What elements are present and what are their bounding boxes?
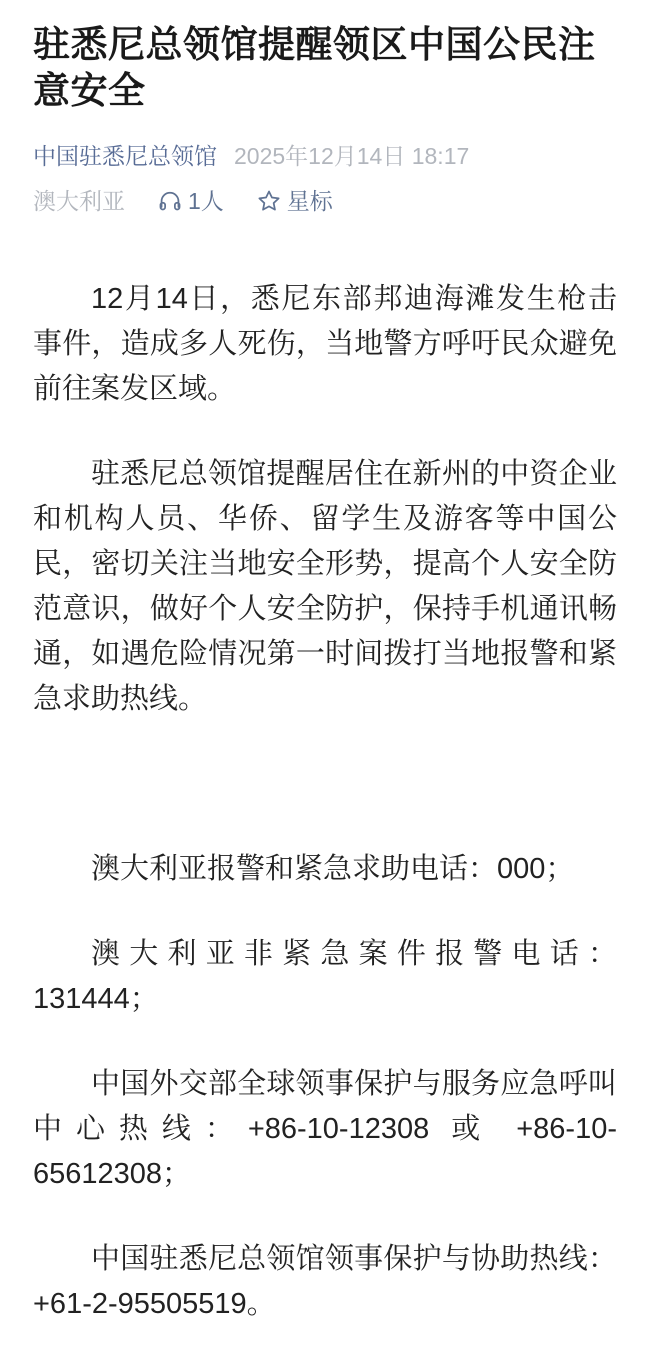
body-paragraph: 澳大利亚报警和紧急求助电话：000； [33, 847, 617, 892]
byline: 中国驻悉尼总领馆 2025年12月14日 18:17 [33, 140, 617, 172]
meta-row: 澳大利亚 1人 星标 [33, 185, 617, 217]
star-icon [256, 188, 282, 214]
body-paragraph: 驻悉尼总领馆提醒居住在新州的中资企业和机构人员、华侨、留学生及游客等中国公民，密… [33, 452, 617, 722]
star-label: 星标 [287, 185, 333, 217]
star-group[interactable]: 星标 [256, 185, 333, 217]
account-name-link[interactable]: 中国驻悉尼总领馆 [33, 140, 217, 172]
body-paragraph: 12月14日，悉尼东部邦迪海滩发生枪击事件，造成多人死伤，当地警方呼吁民众避免前… [33, 277, 617, 412]
listener-count: 1人 [188, 185, 224, 217]
blank-line [33, 762, 617, 807]
body-paragraph: 澳大利亚非紧急案件报警电话：131444； [33, 932, 617, 1022]
article-title: 驻悉尼总领馆提醒领区中国公民注意安全 [33, 22, 617, 114]
headphones-icon [157, 188, 183, 214]
listeners-group[interactable]: 1人 [157, 185, 224, 217]
body-paragraph: 中国外交部全球领事保护与服务应急呼叫中心热线：+86-10-12308 或 +8… [33, 1062, 617, 1197]
article-page: 驻悉尼总领馆提醒领区中国公民注意安全 中国驻悉尼总领馆 2025年12月14日 … [0, 0, 650, 1351]
body-paragraph: 中国驻悉尼总领馆领事保护与协助热线：+61-2-95505519。 [33, 1237, 617, 1327]
location-label: 澳大利亚 [33, 185, 125, 217]
article-body: 12月14日，悉尼东部邦迪海滩发生枪击事件，造成多人死伤，当地警方呼吁民众避免前… [33, 277, 617, 1327]
publish-date: 2025年12月14日 18:17 [234, 140, 469, 172]
